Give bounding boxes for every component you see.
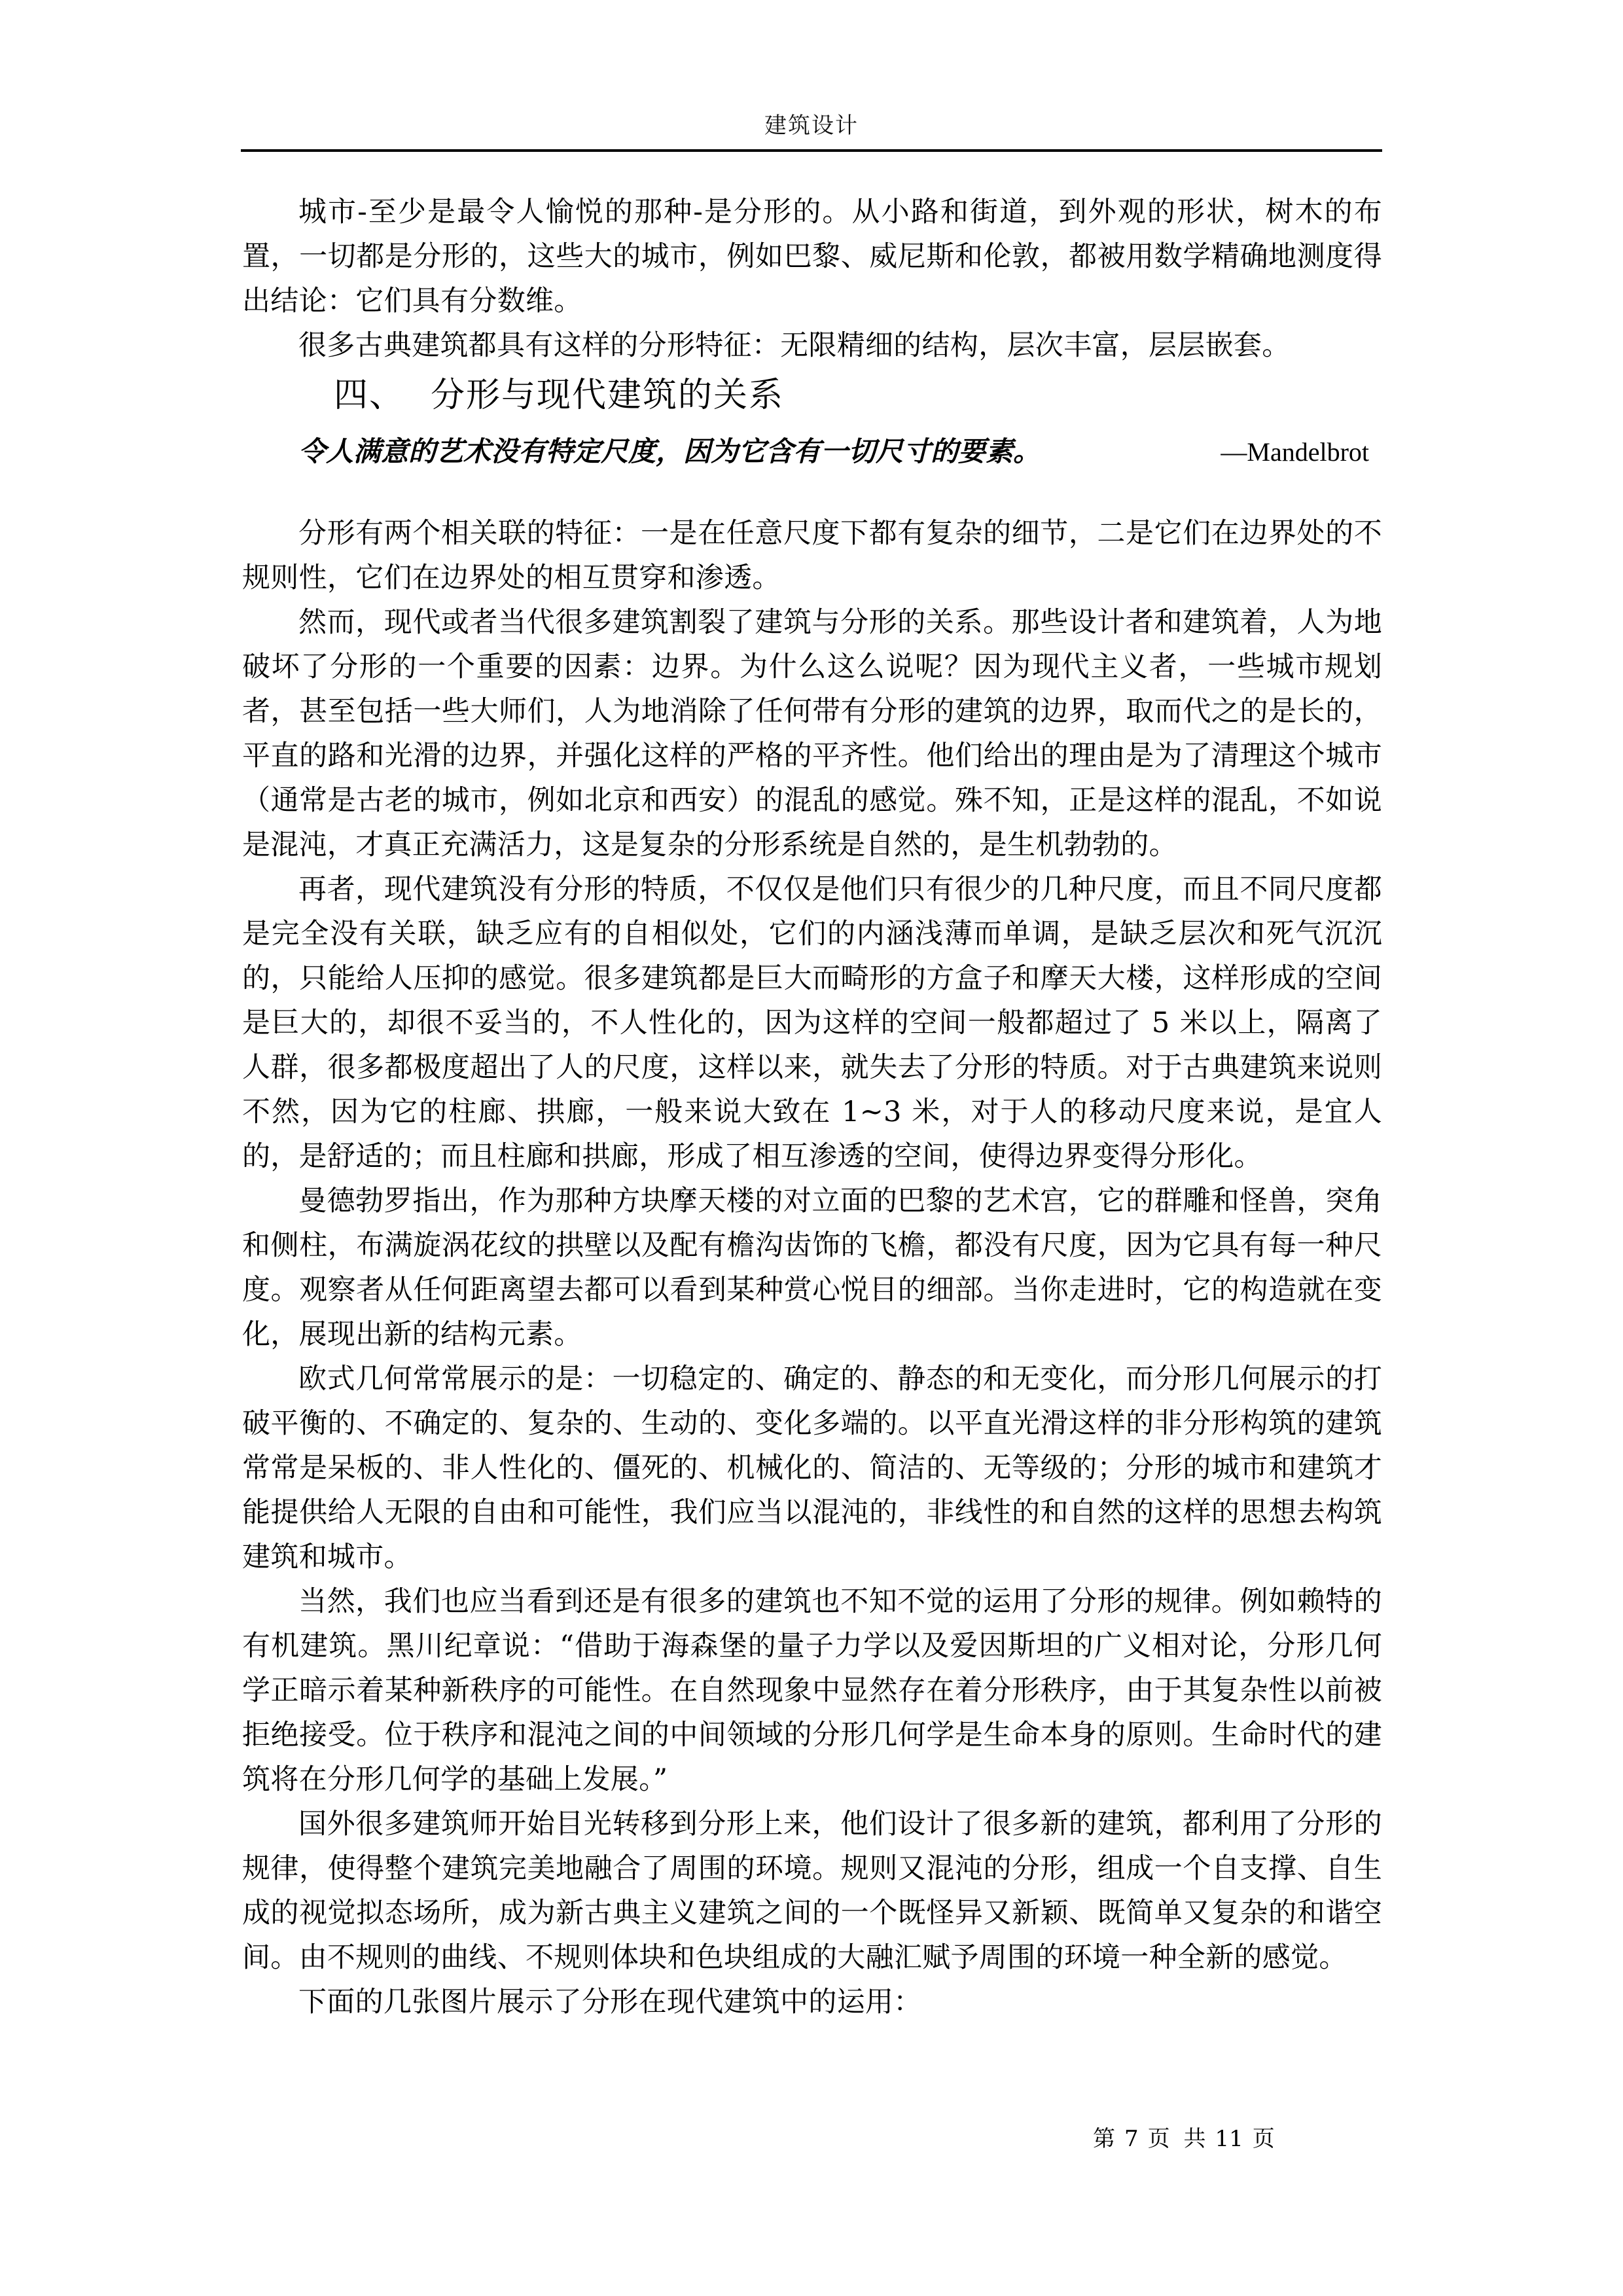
footer-mid: 页 共 <box>1148 2126 1206 2152</box>
current-page: 7 <box>1124 2126 1139 2152</box>
paragraph: 曼德勃罗指出，作为那种方块摩天楼的对立面的巴黎的艺术宫，它的群雕和怪兽，突角和侧… <box>242 1179 1382 1357</box>
paragraph: 国外很多建筑师开始目光转移到分形上来，他们设计了很多新的建筑，都利用了分形的规律… <box>242 1802 1382 1980</box>
page-number-footer: 第7页 共11页 <box>1093 2126 1284 2152</box>
section-title: 分形与现代建筑的关系 <box>431 376 784 415</box>
total-pages: 11 <box>1215 2126 1243 2152</box>
paragraph: 下面的几张图片展示了分形在现代建筑中的运用： <box>242 1980 1382 2024</box>
section-number: 四、 <box>334 376 404 415</box>
paragraph: 分形有两个相关联的特征：一是在任意尺度下都有复杂的细节，二是它们在边界处的不规则… <box>242 511 1382 600</box>
page-body: 城市-至少是最令人愉悦的那种-是分形的。从小路和街道，到外观的形状，树木的布置，… <box>242 190 1382 2024</box>
paragraph: 当然，我们也应当看到还是有很多的建筑也不知不觉的运用了分形的规律。例如赖特的有机… <box>242 1579 1382 1802</box>
paragraph: 城市-至少是最令人愉悦的那种-是分形的。从小路和街道，到外观的形状，树木的布置，… <box>242 190 1382 323</box>
epigraph-author: —Mandelbrot <box>1221 433 1382 472</box>
epigraph: 令人满意的艺术没有特定尺度，因为它含有一切尺寸的要素。 —Mandelbrot <box>242 432 1382 472</box>
epigraph-text: 令人满意的艺术没有特定尺度，因为它含有一切尺寸的要素。 <box>242 432 1041 471</box>
paragraph: 然而，现代或者当代很多建筑割裂了建筑与分形的关系。那些设计者和建筑着，人为地破坏… <box>242 600 1382 867</box>
header-rule <box>241 149 1382 152</box>
section-heading: 四、分形与现代建筑的关系 <box>334 374 1382 416</box>
footer-suffix: 页 <box>1253 2126 1275 2152</box>
paragraph: 欧式几何常常展示的是：一切稳定的、确定的、静态的和无变化，而分形几何展示的打破平… <box>242 1357 1382 1579</box>
paragraph: 很多古典建筑都具有这样的分形特征：无限精细的结构，层次丰富，层层嵌套。 <box>242 323 1382 368</box>
paragraph: 再者，现代建筑没有分形的特质，不仅仅是他们只有很少的几种尺度，而且不同尺度都是完… <box>242 867 1382 1179</box>
footer-prefix: 第 <box>1093 2126 1115 2152</box>
running-header-title: 建筑设计 <box>0 113 1623 139</box>
